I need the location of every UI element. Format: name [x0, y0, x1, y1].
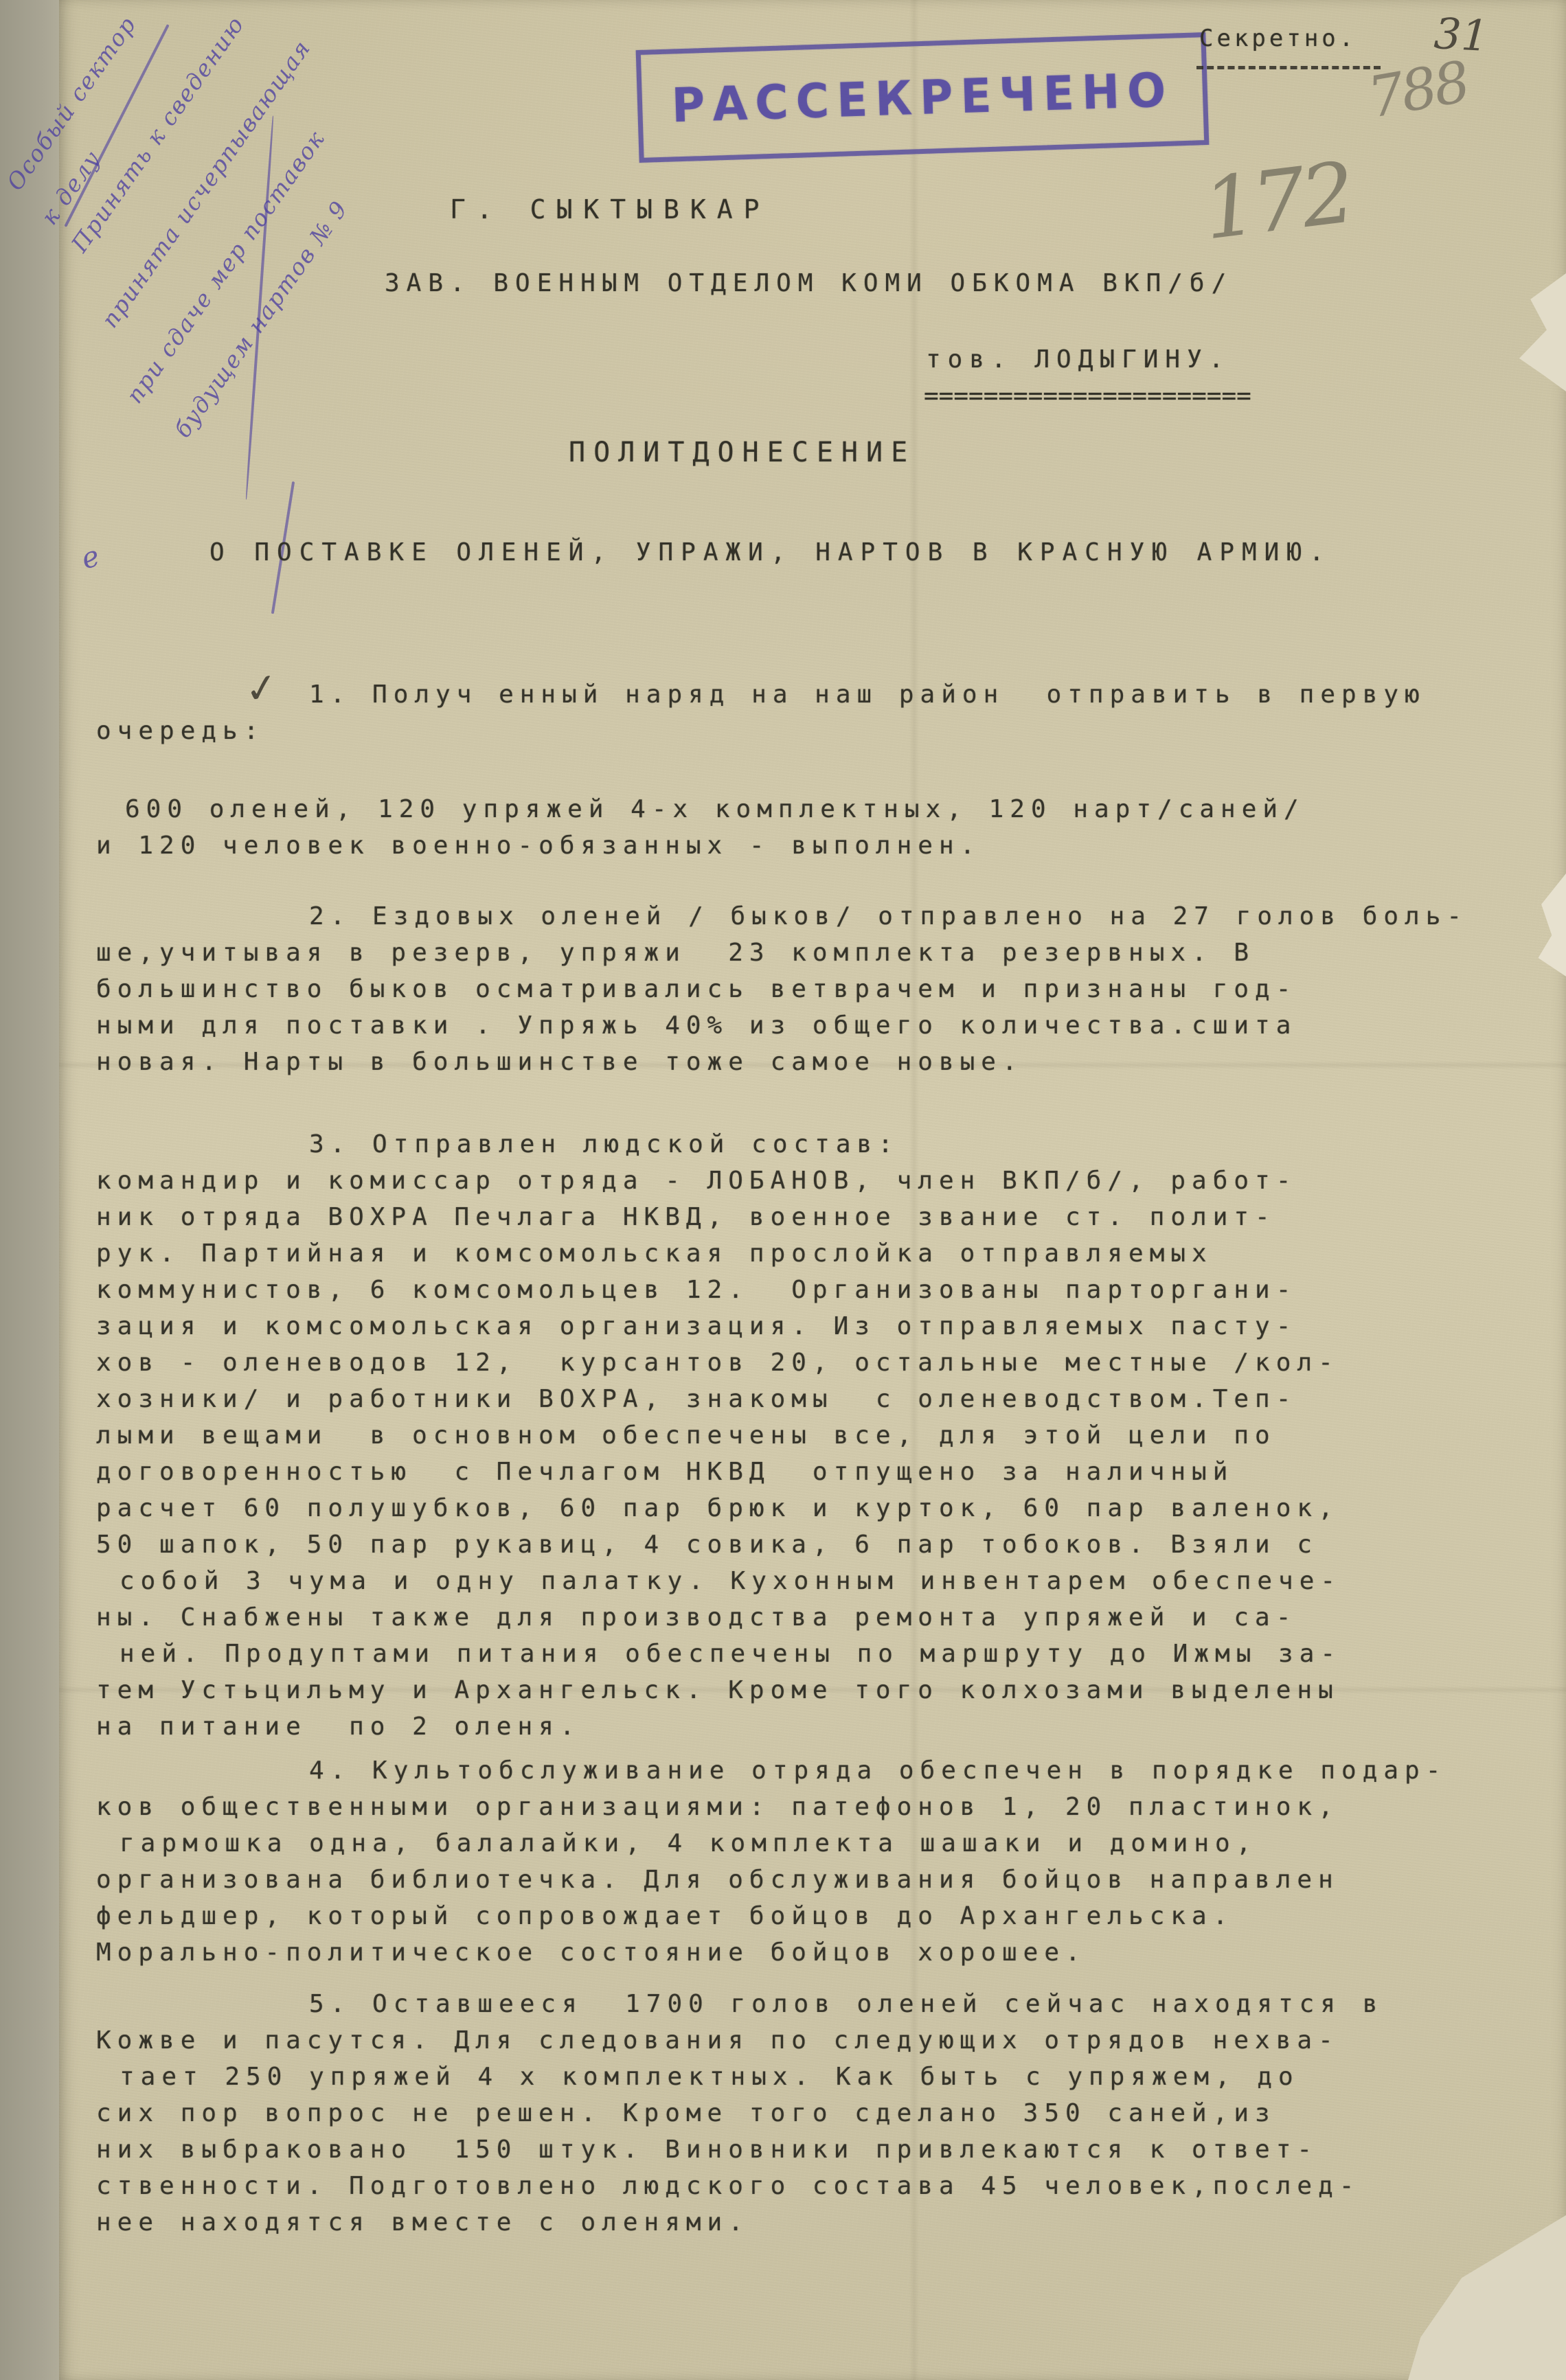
typed-line: большинство быков осматривались ветвраче… — [96, 971, 1463, 1007]
typed-line: 1. Получ енный наряд на наш район отправ… — [96, 676, 1463, 713]
typed-line: гармошка одна, балалайки, 4 комплекта ша… — [96, 1825, 1463, 1862]
scan-background: РАССЕКРЕЧЕНО Секретно. 31 788 172 Особый… — [0, 0, 1566, 2380]
typed-line: 50 шапок, 50 пар рукавиц, 4 совика, 6 па… — [96, 1526, 1463, 1563]
typed-line: и 120 человек военно-обязанных - выполне… — [96, 827, 1463, 864]
classification-label: Секретно. — [1199, 25, 1357, 52]
classification-underline — [1196, 66, 1381, 69]
typed-line: Кожве и пасутся. Для следования по следу… — [96, 2022, 1463, 2059]
typed-line: 5. Оставшееся 1700 голов оленей сейчас н… — [96, 1986, 1463, 2022]
typed-line: них выбраковано 150 штук. Виновники прив… — [96, 2131, 1463, 2168]
paragraph-5: 5. Оставшееся 1700 голов оленей сейчас н… — [96, 1986, 1463, 2241]
typed-line: ны. Снабжены также для производства ремо… — [96, 1599, 1463, 1636]
typed-line: очередь: — [96, 713, 1463, 749]
typed-line: 3. Отправлен людской состав: — [96, 1126, 1463, 1163]
typed-line: Морально-политическое состояние бойцов х… — [96, 1934, 1463, 1971]
typed-line: ными для поставки . Упряжь 40% из общего… — [96, 1007, 1463, 1044]
recipient-underline: ====================== — [924, 382, 1251, 410]
paragraph-4: 4. Культобслуживание отряда обеспечен в … — [96, 1752, 1463, 1971]
typed-line: договоренностью с Печлагом НКВД отпущено… — [96, 1454, 1463, 1490]
header-city: Г. СЫКТЫВКАР — [450, 194, 771, 225]
paragraph-3: 3. Отправлен людской состав: командир и … — [96, 1126, 1463, 1745]
typed-line: 4. Культобслуживание отряда обеспечен в … — [96, 1752, 1463, 1789]
typed-line: ней. Продуптами питания обеспечены по ма… — [96, 1636, 1463, 1672]
doc-subject: О ПОСТАВКЕ ОЛЕНЕЙ, УПРАЖИ, НАРТОВ В КРАС… — [209, 538, 1332, 567]
typed-line: ственности. Подготовлено людского состав… — [96, 2168, 1463, 2204]
typed-line: тает 250 упряжей 4 х комплектных. Как бы… — [96, 2059, 1463, 2095]
typed-line: нее находятся вместе с оленями. — [96, 2204, 1463, 2241]
typed-line: коммунистов, 6 комсомольцев 12. Организо… — [96, 1272, 1463, 1308]
typed-line: хов - оленеводов 12, курсантов 20, остал… — [96, 1345, 1463, 1381]
doc-title: ПОЛИТДОНЕСЕНИЕ — [569, 437, 916, 468]
typed-line: зация и комсомольская организация. Из от… — [96, 1308, 1463, 1345]
paragraph-1b: 600 оленей, 120 упряжей 4-х комплектных,… — [96, 791, 1463, 864]
pencil-mark-172: 172 — [1198, 144, 1357, 258]
typed-line: новая. Нарты в большинстве тоже самое но… — [96, 1044, 1463, 1080]
typed-line: рук. Партийная и комсомольская прослойка… — [96, 1235, 1463, 1272]
typed-line: командир и комиссар отряда - ЛОБАНОВ, чл… — [96, 1163, 1463, 1199]
paragraph-2: 2. Ездовых оленей / быков/ отправлено на… — [96, 898, 1463, 1080]
typed-line: на питание по 2 оленя. — [96, 1708, 1463, 1745]
typed-line: собой 3 чума и одну палатку. Кухонным ин… — [96, 1563, 1463, 1599]
typed-line: расчет 60 полушубков, 60 пар брюк и курт… — [96, 1490, 1463, 1526]
header-recipient: тов. ЛОДЫГИНУ. — [926, 345, 1230, 374]
declassified-stamp: РАССЕКРЕЧЕНО — [636, 32, 1210, 163]
typed-line: тем Устьцильму и Архангельск. Кроме того… — [96, 1672, 1463, 1708]
typed-line: 2. Ездовых оленей / быков/ отправлено на… — [96, 898, 1463, 935]
typed-line: ше,учитывая в резерв, упряжи 23 комплект… — [96, 935, 1463, 971]
typed-line: фельдшер, который сопровождает бойцов до… — [96, 1898, 1463, 1934]
header-addressee: ЗАВ. ВОЕННЫМ ОТДЕЛОМ КОМИ ОБКОМА ВКП/б/ — [385, 269, 1233, 297]
typed-line: лыми вещами в основном обеспечены все, д… — [96, 1417, 1463, 1454]
typed-line: ков общественными организациями: патефон… — [96, 1789, 1463, 1825]
typed-line: организована библиотечка. Для обслуживан… — [96, 1862, 1463, 1898]
typed-line: хозники/ и работники ВОХРА, знакомы с ол… — [96, 1381, 1463, 1417]
declassified-stamp-text: РАССЕКРЕЧЕНО — [671, 62, 1174, 133]
typed-line: 600 оленей, 120 упряжей 4-х комплектных,… — [96, 791, 1463, 827]
typed-line: сих пор вопрос не решен. Кроме того сдел… — [96, 2095, 1463, 2131]
paragraph-1: 1. Получ енный наряд на наш район отправ… — [96, 676, 1463, 749]
typed-line: ник отряда ВОХРА Печлага НКВД, военное з… — [96, 1199, 1463, 1235]
